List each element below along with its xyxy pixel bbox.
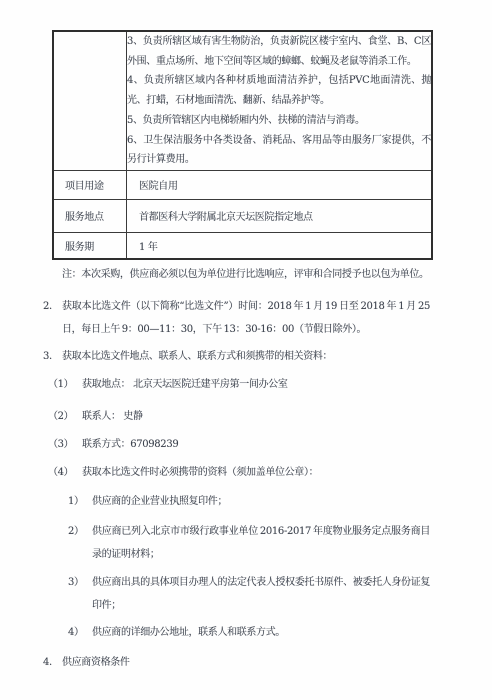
row-label-cell-empty <box>53 31 127 170</box>
service-item-4: 4、负责所辖区域内各种材质地面清洁养护，包括PVC地面清洗、抛光、打蜡，石材地面… <box>127 71 431 110</box>
sub-item-location-text: 获取地点： 北京天坛医院迁建平房第一间办公室 <box>82 374 492 397</box>
required-doc-1-number: 1） <box>68 491 84 514</box>
list-item-2-text: 获取本比选文件（以下简称“比选文件”）时间：2018 年 1 月 19 日至 2… <box>62 296 430 341</box>
service-item-6: 6、卫生保洁服务中各类设备、消耗品、客用品等由服务厂家提供，不另行计算费用。 <box>127 131 431 170</box>
sub-item-contact-phone: （3） 联系方式：67098239 <box>0 434 492 457</box>
sub-item-required-materials-number: （4） <box>48 462 73 485</box>
sub-item-required-materials-text: 获取本比选文件时必须携带的资料（须加盖单位公章）： <box>82 462 492 485</box>
required-doc-2: 2） 供应商已列入北京市市级行政事业单位 2016-2017 年度物业服务定点服… <box>0 521 492 566</box>
service-location-label: 服务地点 <box>53 199 127 232</box>
table-row-service-location: 服务地点 首都医科大学附属北京天坛医院指定地点 <box>53 199 432 232</box>
sub-item-contact-person-text: 联系人： 史静 <box>82 406 492 429</box>
sub-item-contact-person-number: （2） <box>48 406 73 429</box>
required-doc-2-text: 供应商已列入北京市市级行政事业单位 2016-2017 年度物业服务定点服务商目… <box>92 521 430 566</box>
required-doc-1-text: 供应商的企业营业执照复印件； <box>92 491 430 514</box>
service-item-3: 3、负责所辖区域有害生物防治，负责新院区楼宇室内、食堂、B、C区外围、重点场所、… <box>127 32 431 71</box>
required-doc-1: 1） 供应商的企业营业执照复印件； <box>0 491 492 514</box>
list-item-2-number: 2. <box>43 296 52 319</box>
list-item-4-text: 供应商资格条件 <box>62 652 430 675</box>
service-period-value: 1 年 <box>127 232 433 259</box>
list-item-3: 3. 获取本比选文件地点、联系人、联系方式和须携带的相关资料： <box>0 346 492 369</box>
required-doc-3-number: 3） <box>68 572 84 595</box>
project-use-label: 项目用途 <box>53 170 127 199</box>
table-row-project-use: 项目用途 医院自用 <box>53 170 432 199</box>
required-doc-4-number: 4） <box>68 622 84 645</box>
required-doc-2-number: 2） <box>68 521 84 544</box>
package-note: 注：本次采购，供应商必须以包为单位进行比选响应，评审和合同授予也以包为单位。 <box>62 264 492 287</box>
required-doc-3: 3） 供应商出具的具体项目办理人的法定代表人授权委托书原件、被委托人身份证复印件… <box>0 572 492 617</box>
service-spec-table: 3、负责所辖区域有害生物防治，负责新院区楼宇室内、食堂、B、C区外围、重点场所、… <box>52 30 433 260</box>
table-row-service-content: 3、负责所辖区域有害生物防治，负责新院区楼宇室内、食堂、B、C区外围、重点场所、… <box>53 31 432 170</box>
list-item-4-number: 4. <box>43 652 52 675</box>
list-item-2: 2. 获取本比选文件（以下简称“比选文件”）时间：2018 年 1 月 19 日… <box>0 296 492 341</box>
service-item-5: 5、负责所管辖区内电梯轿厢内外、扶梯的清洁与消毒。 <box>127 111 431 131</box>
document-page: 3、负责所辖区域有害生物防治，负责新院区楼宇室内、食堂、B、C区外围、重点场所、… <box>0 0 492 700</box>
sub-item-required-materials: （4） 获取本比选文件时必须携带的资料（须加盖单位公章）： <box>0 462 492 485</box>
list-item-3-text: 获取本比选文件地点、联系人、联系方式和须携带的相关资料： <box>62 346 430 369</box>
sub-item-contact-phone-text: 联系方式：67098239 <box>82 434 492 457</box>
sub-item-location-number: （1） <box>48 374 73 397</box>
list-item-3-number: 3. <box>43 346 52 369</box>
required-doc-3-text: 供应商出具的具体项目办理人的法定代表人授权委托书原件、被委托人身份证复印件； <box>92 572 430 617</box>
sub-item-contact-person: （2） 联系人： 史静 <box>0 406 492 429</box>
project-use-value: 医院自用 <box>127 170 433 199</box>
list-item-4: 4. 供应商资格条件 <box>0 652 492 675</box>
sub-item-location: （1） 获取地点： 北京天坛医院迁建平房第一间办公室 <box>0 374 492 397</box>
sub-item-contact-phone-number: （3） <box>48 434 73 457</box>
service-location-value: 首都医科大学附属北京天坛医院指定地点 <box>127 199 433 232</box>
service-period-label: 服务期 <box>53 232 127 259</box>
table-row-service-period: 服务期 1 年 <box>53 232 432 259</box>
required-doc-4: 4） 供应商的详细办公地址，联系人和联系方式。 <box>0 622 492 645</box>
service-content-cell: 3、负责所辖区域有害生物防治，负责新院区楼宇室内、食堂、B、C区外围、重点场所、… <box>127 31 433 170</box>
required-doc-4-text: 供应商的详细办公地址，联系人和联系方式。 <box>92 622 430 645</box>
